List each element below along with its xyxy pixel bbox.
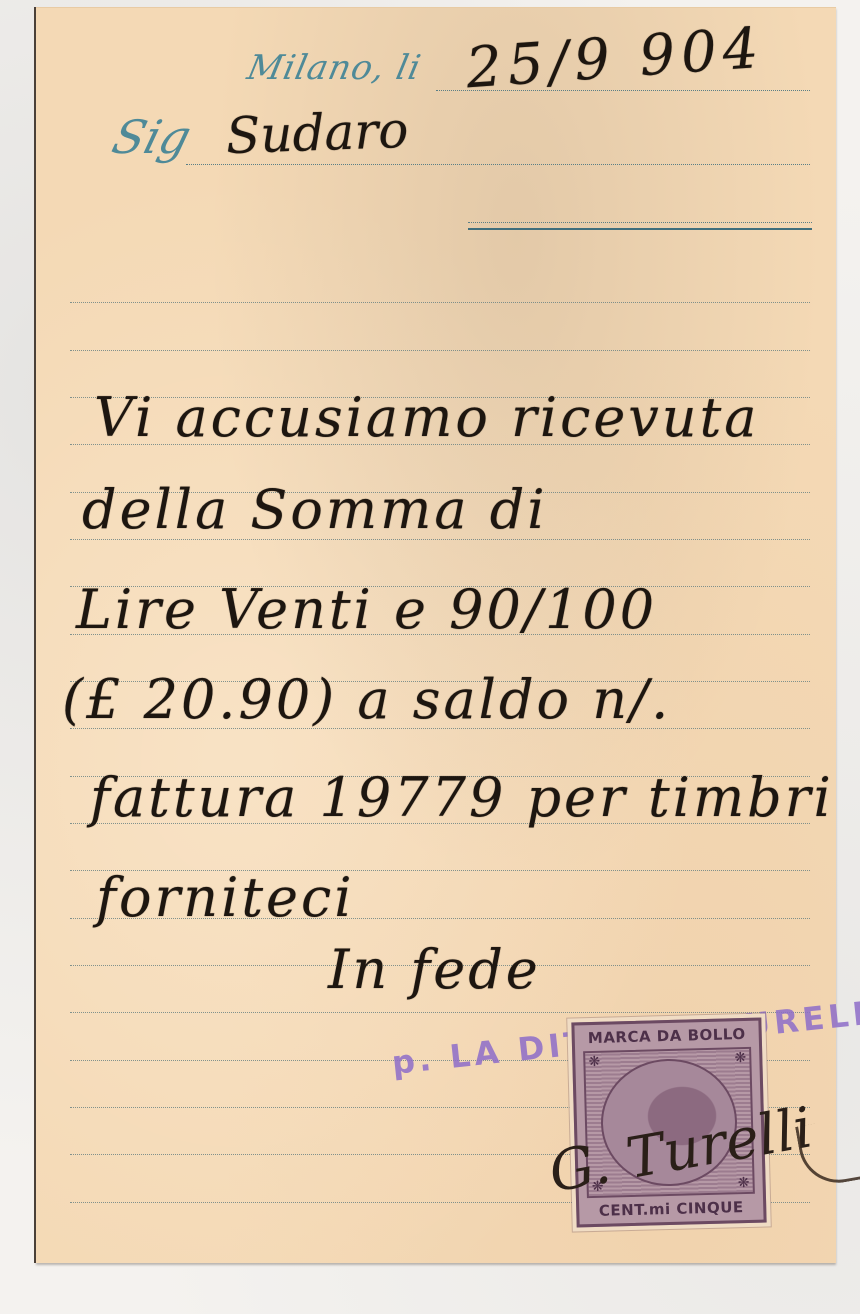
handwritten-date: 25/9 904 xyxy=(464,16,766,102)
body-line-4-amount-figure: (£ 20.90) a saldo n/. xyxy=(62,668,671,731)
receipt-paper: Milano, li Sig 25/9 904 Sudaro Vi accusi… xyxy=(36,7,836,1263)
recipient-dotted-line xyxy=(186,164,810,165)
rule-line xyxy=(70,302,810,303)
ornament-icon: ❋ xyxy=(586,1054,602,1070)
handwritten-recipient: Sudaro xyxy=(225,101,409,165)
ornament-icon: ❋ xyxy=(732,1050,748,1066)
rule-line xyxy=(70,350,810,351)
closing-in-fede: In fede xyxy=(328,938,541,1001)
body-line-6: forniteci xyxy=(96,866,355,929)
printed-recipient-label: Sig xyxy=(107,110,197,164)
body-line-2: della Somma di xyxy=(82,478,548,541)
revenue-stamp-top-text: MARCA DA BOLLO xyxy=(575,1025,759,1048)
revenue-stamp-bottom-text: CENT.mi CINQUE xyxy=(579,1198,763,1221)
body-line-3-amount-words: Lire Venti e 90/100 xyxy=(76,578,657,641)
printed-place-label: Milano, li xyxy=(244,48,425,88)
body-line-1: Vi accusiamo ricevuta xyxy=(94,386,759,449)
header-double-rule xyxy=(468,222,812,230)
body-line-5-invoice: fattura 19779 per timbri xyxy=(90,766,834,829)
ornament-icon: ❋ xyxy=(735,1175,751,1191)
signature-flourish xyxy=(795,1114,860,1189)
